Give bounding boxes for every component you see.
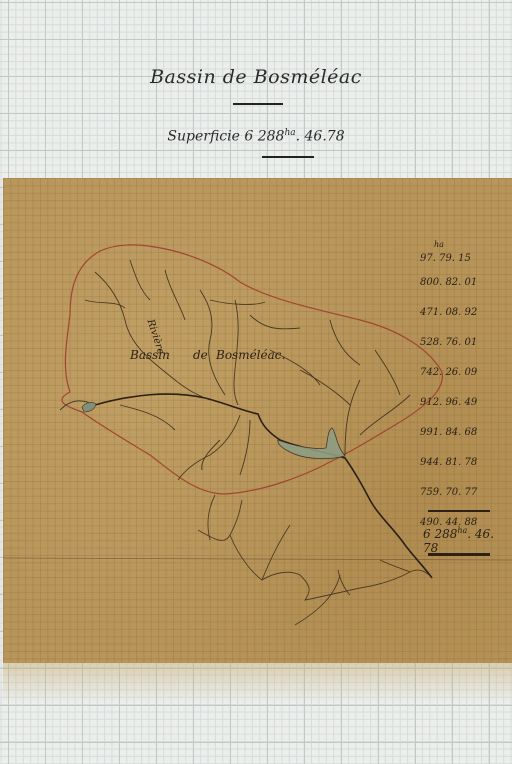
main-river <box>95 394 432 578</box>
subarea-row: 742. 26. 09 <box>420 358 500 388</box>
subarea-row: 912. 96. 49 <box>420 388 500 418</box>
total-double-rule <box>428 553 490 556</box>
subarea-unit: ha <box>434 240 500 250</box>
subarea-list: ha 97. 79. 15 800. 82. 01 471. 08. 92 52… <box>420 240 500 538</box>
subarea-row: 97. 79. 15 <box>420 250 500 268</box>
subarea-row: 471. 08. 92 <box>420 298 500 328</box>
reservoir-lake <box>278 428 345 459</box>
sum-rule <box>428 510 490 512</box>
subarea-row: 800. 82. 01 <box>420 268 500 298</box>
subarea-total: 6 288ha. 46. 78 <box>423 526 512 555</box>
basin-boundary <box>62 245 442 494</box>
subarea-row: 944. 81. 78 <box>420 448 500 478</box>
basin-label-2: de <box>193 348 208 362</box>
small-pond <box>82 402 96 412</box>
total-unit: ha <box>457 526 467 535</box>
subarea-row: 528. 76. 01 <box>420 328 500 358</box>
basin-label-3: Bosméléac. <box>216 348 285 362</box>
ruled-line <box>3 558 512 560</box>
basin-label-1: Bassin <box>130 348 170 362</box>
subarea-row: 991. 84. 68 <box>420 418 500 448</box>
subarea-row: 759. 70. 77 <box>420 478 500 508</box>
total-value: 6 288 <box>423 527 457 541</box>
